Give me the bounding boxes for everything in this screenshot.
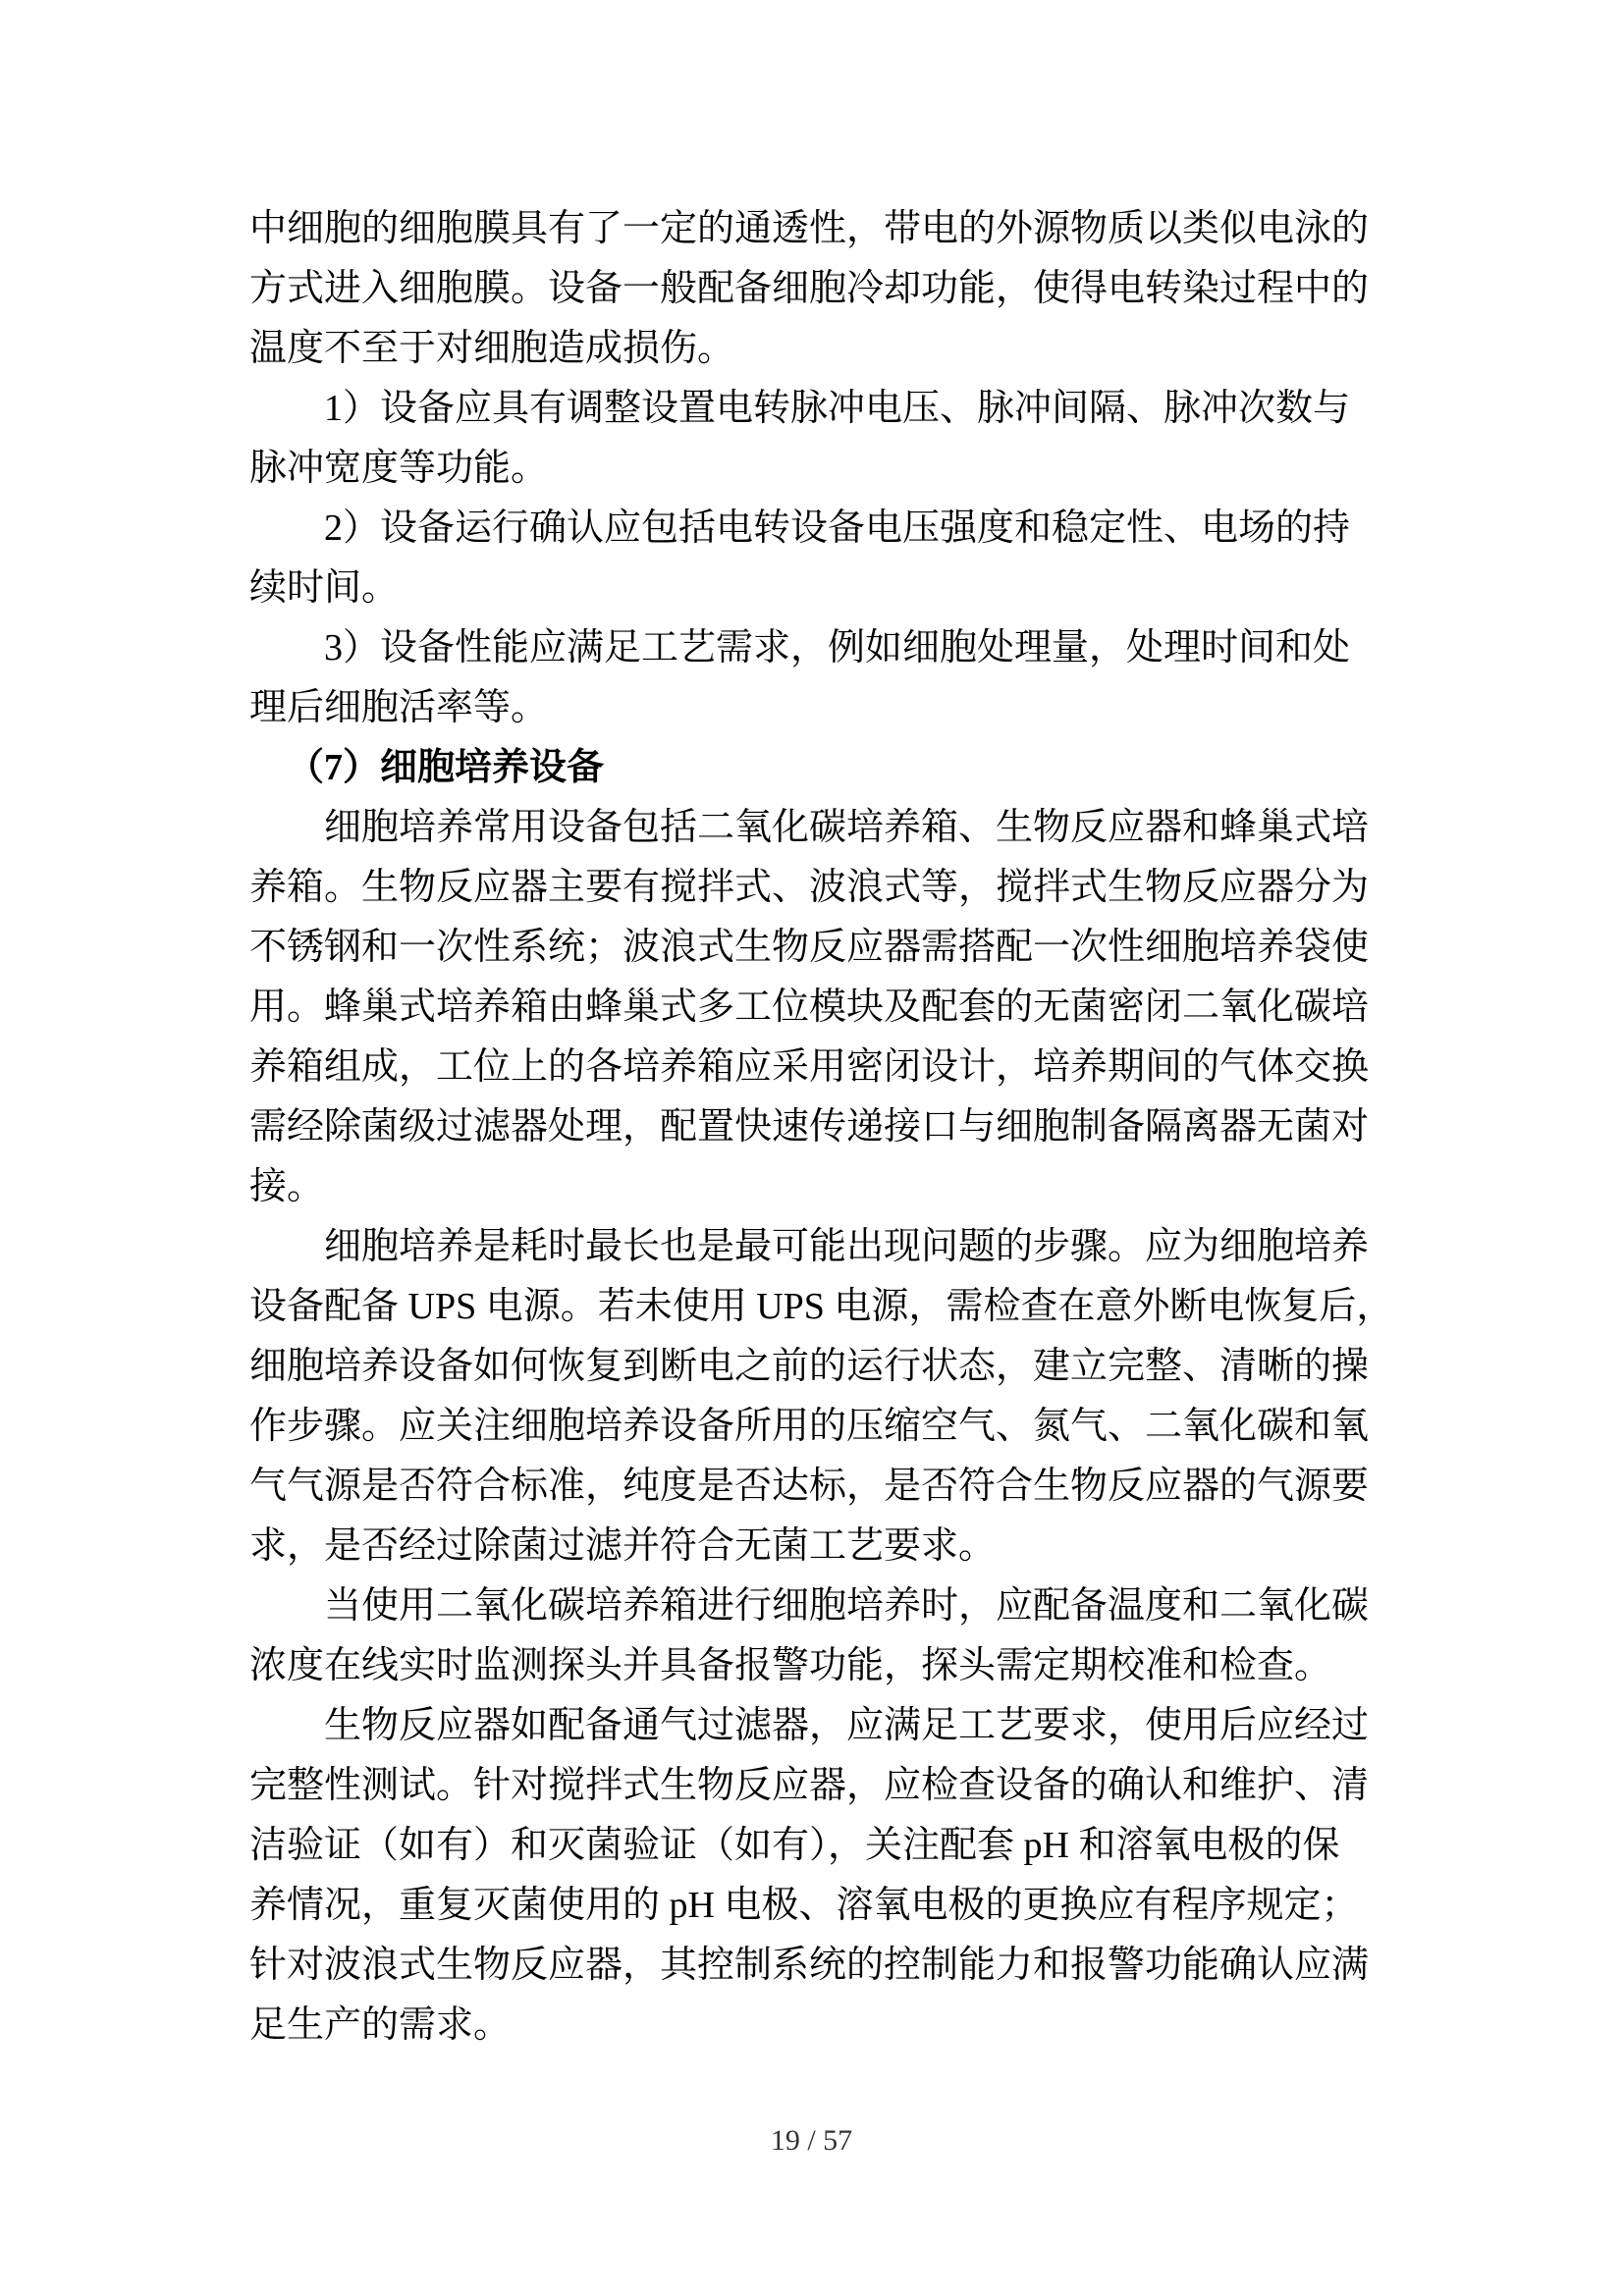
text-line: 脉冲宽度等功能。: [249, 439, 1375, 499]
text-line: 需经除菌级过滤器处理，配置快速传递接口与细胞制备隔离器无菌对: [249, 1097, 1375, 1157]
section-heading: （7）细胞培养设备: [249, 738, 1375, 798]
text-line: 当使用二氧化碳培养箱进行细胞培养时，应配备温度和二氧化碳: [249, 1576, 1375, 1636]
page-number: 19 / 57: [0, 2123, 1623, 2159]
text-line: 用。蜂巢式培养箱由蜂巢式多工位模块及配套的无菌密闭二氧化碳培: [249, 978, 1375, 1038]
document-text: 中细胞的细胞膜具有了一定的通透性，带电的外源物质以类似电泳的方式进入细胞膜。设备…: [249, 199, 1375, 2056]
text-line: 接。: [249, 1157, 1375, 1217]
text-line: 2）设备运行确认应包括电转设备电压强度和稳定性、电场的持: [249, 499, 1375, 559]
text-line: 足生产的需求。: [249, 1996, 1375, 2056]
text-line: 设备配备 UPS 电源。若未使用 UPS 电源，需检查在意外断电恢复后，: [249, 1277, 1375, 1337]
text-line: 求，是否经过除菌过滤并符合无菌工艺要求。: [249, 1517, 1375, 1576]
text-line: 洁验证（如有）和灭菌验证（如有），关注配套 pH 和溶氧电极的保: [249, 1816, 1375, 1876]
text-line: 细胞培养是耗时最长也是最可能出现问题的步骤。应为细胞培养: [249, 1217, 1375, 1277]
text-line: 1）设备应具有调整设置电转脉冲电压、脉冲间隔、脉冲次数与: [249, 379, 1375, 439]
text-line: 理后细胞活率等。: [249, 678, 1375, 738]
text-line: 中细胞的细胞膜具有了一定的通透性，带电的外源物质以类似电泳的: [249, 199, 1375, 259]
text-line: 3）设备性能应满足工艺需求，例如细胞处理量，处理时间和处: [249, 618, 1375, 678]
text-line: 养箱。生物反应器主要有搅拌式、波浪式等，搅拌式生物反应器分为: [249, 858, 1375, 918]
text-line: 细胞培养常用设备包括二氧化碳培养箱、生物反应器和蜂巢式培: [249, 798, 1375, 858]
text-line: 气气源是否符合标准，纯度是否达标，是否符合生物反应器的气源要: [249, 1457, 1375, 1517]
text-line: 浓度在线实时监测探头并具备报警功能，探头需定期校准和检查。: [249, 1636, 1375, 1696]
text-line: 作步骤。应关注细胞培养设备所用的压缩空气、氮气、二氧化碳和氧: [249, 1397, 1375, 1457]
text-line: 不锈钢和一次性系统；波浪式生物反应器需搭配一次性细胞培养袋使: [249, 918, 1375, 978]
text-line: 生物反应器如配备通气过滤器，应满足工艺要求，使用后应经过: [249, 1696, 1375, 1756]
text-line: 养情况，重复灭菌使用的 pH 电极、溶氧电极的更换应有程序规定；: [249, 1876, 1375, 1936]
text-line: 完整性测试。针对搅拌式生物反应器，应检查设备的确认和维护、清: [249, 1756, 1375, 1816]
text-line: 细胞培养设备如何恢复到断电之前的运行状态，建立完整、清晰的操: [249, 1337, 1375, 1397]
text-line: 养箱组成，工位上的各培养箱应采用密闭设计，培养期间的气体交换: [249, 1038, 1375, 1097]
text-line: 温度不至于对细胞造成损伤。: [249, 319, 1375, 379]
document-page: 中细胞的细胞膜具有了一定的通透性，带电的外源物质以类似电泳的方式进入细胞膜。设备…: [0, 0, 1623, 2296]
text-line: 方式进入细胞膜。设备一般配备细胞冷却功能，使得电转染过程中的: [249, 259, 1375, 319]
text-line: 续时间。: [249, 559, 1375, 618]
text-line: 针对波浪式生物反应器，其控制系统的控制能力和报警功能确认应满: [249, 1936, 1375, 1996]
